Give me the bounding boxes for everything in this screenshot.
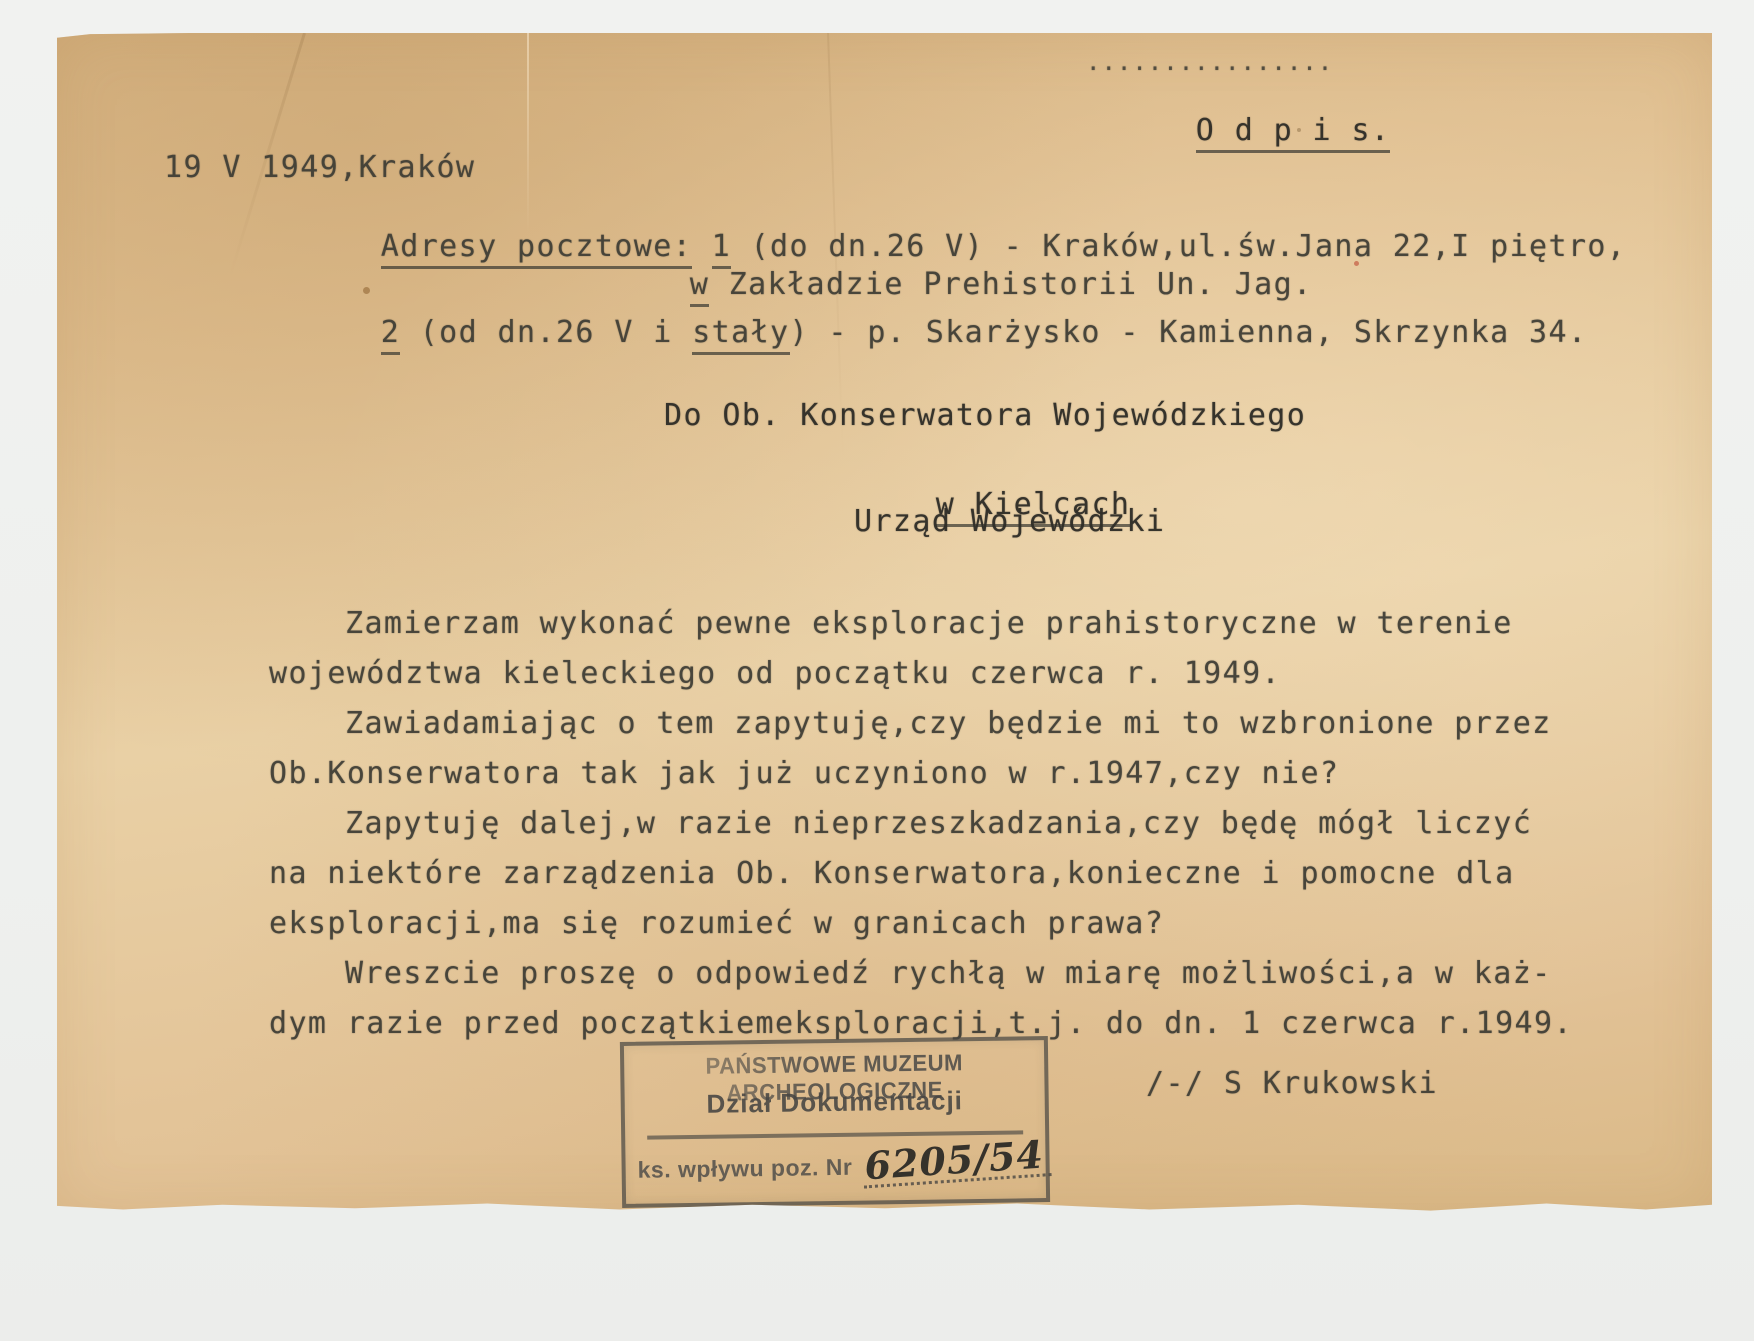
stamp-entry-label: ks. wpływu poz. Nr	[637, 1154, 852, 1184]
body-line: województwa kieleckiego od początku czer…	[269, 657, 1573, 707]
body-line: eksploracji,ma się rozumieć w granicach …	[269, 907, 1573, 957]
scanner-background: ................ O d p i s. 19 V 1949,Kr…	[0, 0, 1754, 1341]
body-line: Zawiadamiając o tem zapytuję,czy będzie …	[269, 707, 1573, 757]
body-line: na niektóre zarządzenia Ob. Konserwatora…	[269, 857, 1573, 907]
address-2-number: 2	[381, 315, 400, 355]
museum-receipt-stamp: PAŃSTWOWE MUZEUM ARCHEOLOGICZNE Dział Do…	[620, 1036, 1050, 1208]
stamp-entry-row: ks. wpływu poz. Nr 6205/54	[637, 1142, 1036, 1187]
address-2-emphasis: stały	[692, 315, 789, 355]
copy-heading-text: O d p i s.	[1196, 113, 1391, 153]
stamp-handwritten-number: 6205/54	[861, 1137, 1051, 1189]
body-line: Zamierzam wykonać pewne eksploracje prah…	[269, 607, 1573, 657]
recipient-line-3: Urząd Wojewódzki	[854, 505, 1165, 538]
address-2-text-b: ) - p. Skarżysko - Kamienna, Skrzynka 34…	[790, 315, 1588, 350]
letter-document: ................ O d p i s. 19 V 1949,Kr…	[57, 33, 1712, 1213]
dateline: 19 V 1949,Kraków	[164, 151, 475, 184]
signature-line: /-/ S Krukowski	[1146, 1067, 1438, 1100]
address-2-text-a: (od dn.26 V i	[400, 315, 692, 350]
body-line: Zapytuję dalej,w razie nieprzeszkadzania…	[269, 807, 1573, 857]
recipient-line-1: Do Ob. Konserwatora Wojewódzkiego	[664, 399, 1306, 432]
postal-address-line-3: 2 (od dn.26 V i stały) - p. Skarżysko - …	[264, 283, 1587, 382]
body-line: Wreszcie proszę o odpowiedź rychłą w mia…	[269, 957, 1573, 1007]
copy-heading: O d p i s.	[1079, 81, 1390, 180]
body-line: Ob.Konserwatora tak jak już uczyniono w …	[269, 757, 1573, 807]
stamp-department-name: Dział Dokumentacji	[625, 1084, 1045, 1121]
dotted-fill-line: ................	[1086, 49, 1333, 75]
letter-body: Zamierzam wykonać pewne eksploracje prah…	[269, 607, 1573, 1057]
